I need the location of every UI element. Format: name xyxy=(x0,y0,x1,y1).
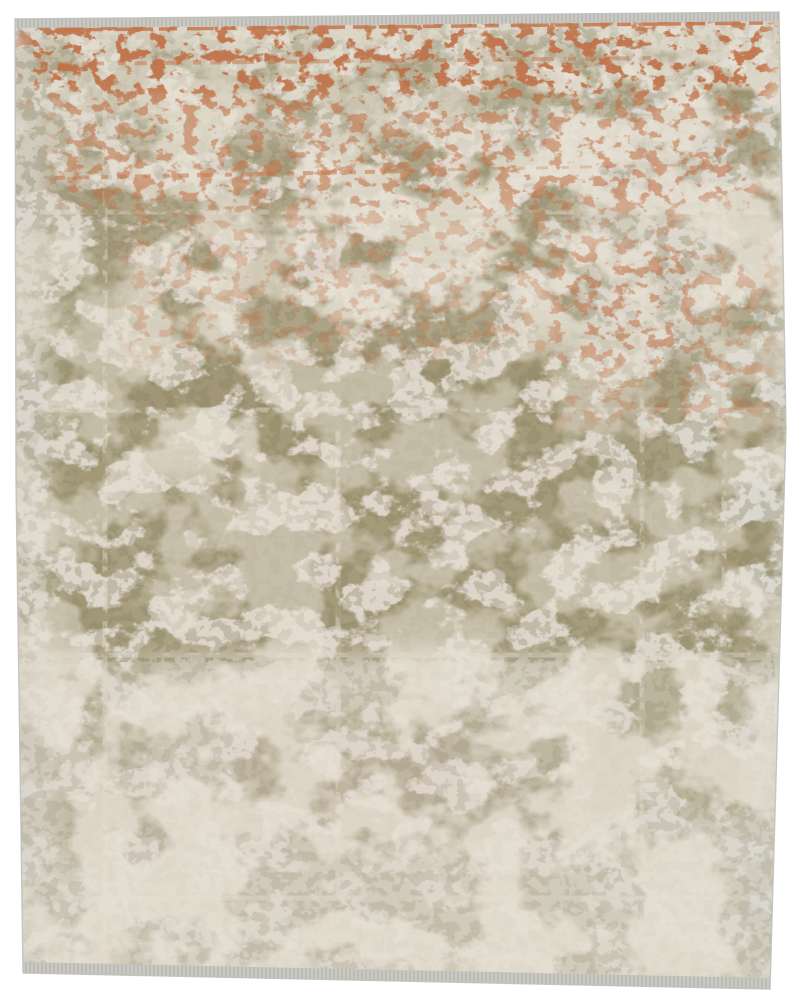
wear-patch xyxy=(35,645,775,980)
rug-photo xyxy=(0,0,800,1003)
rust-patch xyxy=(555,248,770,423)
rust-patch xyxy=(55,90,760,205)
rug-photo-figure xyxy=(0,0,800,1003)
